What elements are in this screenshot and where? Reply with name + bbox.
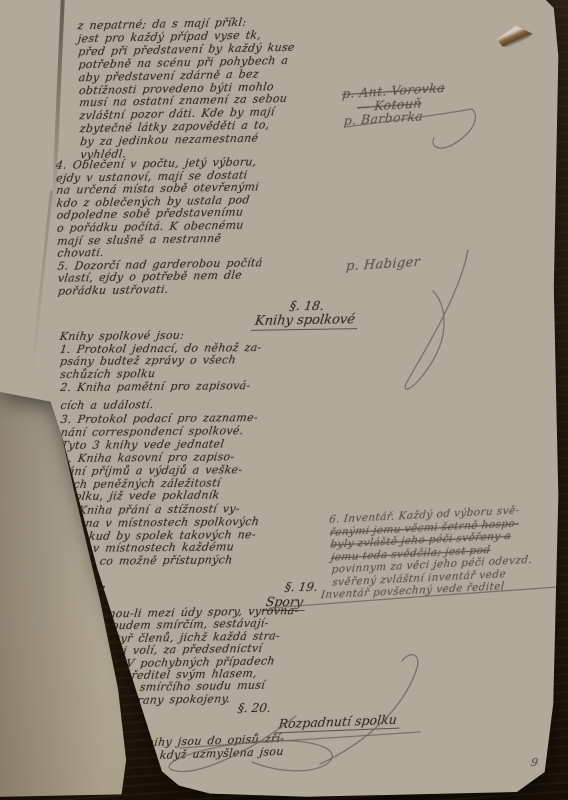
- section-19-number: §. 19.: [284, 580, 319, 594]
- vertical-fold-crease-lower: [30, 190, 53, 379]
- torn-edge-flap: [42, 616, 72, 650]
- manuscript-line: pořádku ustřovati.: [57, 282, 263, 298]
- manuscript-line: díti mohou když uzmyšlena jsou: [88, 745, 285, 764]
- bottom-scribble-2: [320, 655, 418, 764]
- manuscript-line: cích a událostí.: [60, 397, 263, 412]
- section-18-title-text: Knihy spolkové: [251, 312, 359, 331]
- paragraph-top: z nepatrné; da s mají příkl:jest pro kaž…: [77, 16, 297, 162]
- habiger-flourish: [405, 250, 468, 389]
- section-18-body: Knihy spolkové jsou:1. Protokol jednací,…: [59, 329, 263, 569]
- section-20-title-text: Rozpadnutí spolku: [275, 712, 401, 734]
- section-18-number: §. 18.: [289, 298, 325, 313]
- manuscript-sheet: z nepatrné; da s mají příkl:jest pro kaž…: [0, 0, 568, 800]
- paragraph-items-4-5: 4. Oblečení v počtu, jetý výboru,ejdy v …: [55, 156, 262, 298]
- pencil-name-habiger: p. Habiger: [345, 255, 420, 275]
- paper-tear: [495, 22, 535, 52]
- manuscript-line: členu co možně přístupných: [61, 554, 264, 569]
- stray-ink-mark: 7: [98, 584, 105, 597]
- photo-of-manuscript: z nepatrné; da s mají příkl:jest pro kaž…: [0, 0, 568, 800]
- pencil-inventory-note: 6. Inventář. Každý od výboru svě-řenými …: [328, 502, 567, 601]
- pencil-name-list: p. Ant. Vorovka— Kotouňp. Barborka: [341, 81, 446, 128]
- section-20-title: Rozpadnutí spolku: [275, 712, 401, 732]
- section-20-body: veškeré knihy jsou do opisů zří-díti moh…: [88, 732, 284, 764]
- section-19-body: Povstanou-li mezi údy spory, vyrovna-dí …: [69, 605, 299, 708]
- section-18-title: Knihy spolkové: [251, 312, 359, 329]
- section-20-number: §. 20.: [237, 701, 272, 715]
- page-number: 9: [530, 756, 539, 770]
- manuscript-line: 2. Kniha pamětní pro zapisová-: [59, 380, 262, 395]
- paper-surface: z nepatrné; da s mají příkl:jest pro kaž…: [0, 0, 568, 800]
